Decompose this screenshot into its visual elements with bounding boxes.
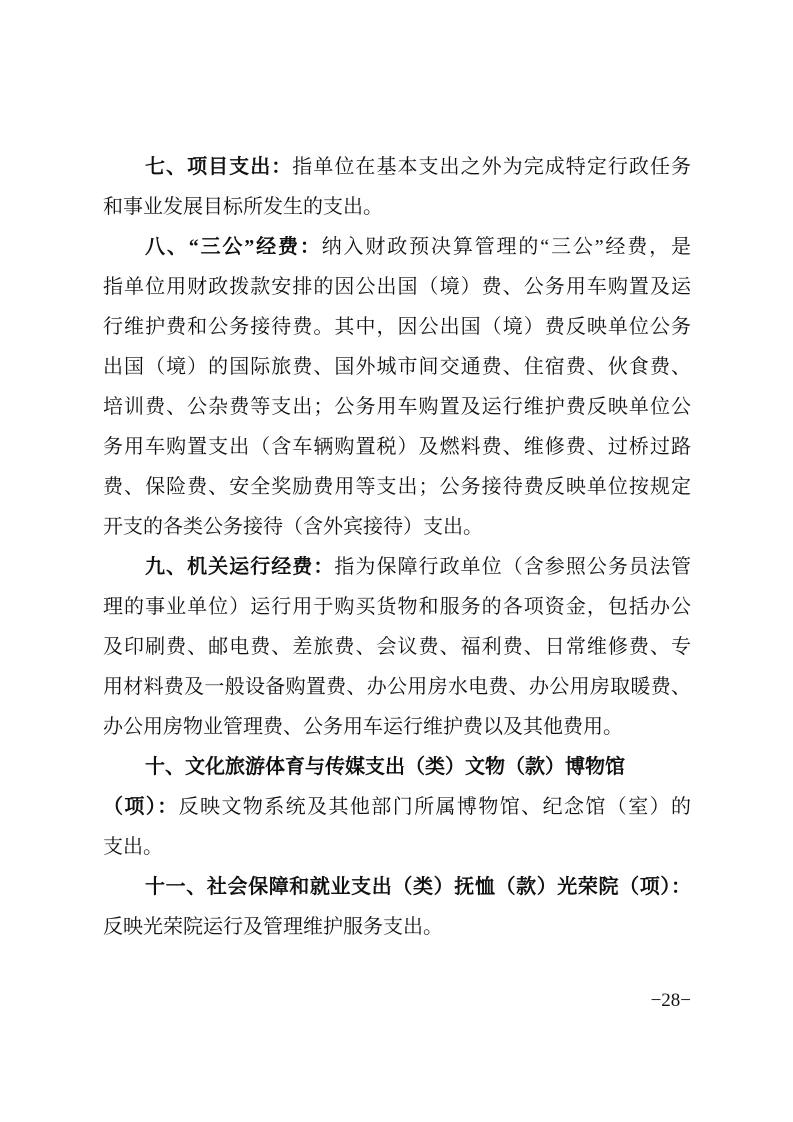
page-number: −28− — [103, 989, 691, 1013]
body-text: 纳入财政预决算管理的“三公”经费，是 — [322, 236, 691, 258]
text-line: 培训费、公杂费等支出；公务用车购置及运行维护费反映单位公 — [103, 387, 691, 427]
body-text: 出国（境）的国际旅费、国外城市间交通费、住宿费、伙食费、 — [103, 356, 691, 378]
body-text: 务用车购置支出（含车辆购置税）及燃料费、维修费、过桥过路 — [103, 436, 691, 458]
body-text: 支出。 — [103, 836, 163, 858]
body-text: 指单位用财政拨款安排的因公出国（境）费、公务用车购置及运 — [103, 276, 691, 298]
text-block: 七、项目支出：指单位在基本支出之外为完成特定行政任务和事业发展目标所发生的支出。… — [103, 147, 691, 947]
text-line: 用材料费及一般设备购置费、办公用房水电费、办公用房取暖费、 — [103, 667, 691, 707]
para-7-project-expenditure: 七、项目支出：指单位在基本支出之外为完成特定行政任务和事业发展目标所发生的支出。 — [103, 147, 691, 227]
para-9-agency-operating-funds: 九、机关运行经费：指为保障行政单位（含参照公务员法管理的事业单位）运行用于购买货… — [103, 547, 691, 747]
body-text: 及印刷费、邮电费、差旅费、会议费、福利费、日常维修费、专 — [103, 636, 691, 658]
body-text: 和事业发展目标所发生的支出。 — [103, 196, 383, 218]
text-line: 出国（境）的国际旅费、国外城市间交通费、住宿费、伙食费、 — [103, 347, 691, 387]
text-line: 十一、社会保障和就业支出（类）抚恤（款）光荣院（项）： — [103, 867, 691, 907]
body-text: 行维护费和公务接待费。其中，因公出国（境）费反映单位公务 — [103, 316, 691, 338]
text-line: 和事业发展目标所发生的支出。 — [103, 187, 691, 227]
body-text: 开支的各类公务接待（含外宾接待）支出。 — [103, 516, 483, 538]
text-line: 费、保险费、安全奖励费用等支出；公务接待费反映单位按规定 — [103, 467, 691, 507]
body-text: 费、保险费、安全奖励费用等支出；公务接待费反映单位按规定 — [103, 476, 691, 498]
body-text: 指为保障行政单位（含参照公务员法管 — [334, 556, 691, 578]
term-label: 九、机关运行经费： — [145, 556, 334, 578]
body-text: 用材料费及一般设备购置费、办公用房水电费、办公用房取暖费、 — [103, 676, 691, 698]
text-line: 务用车购置支出（含车辆购置税）及燃料费、维修费、过桥过路 — [103, 427, 691, 467]
para-10-culture-tourism-museum: 十、文化旅游体育与传媒支出（类）文物（款）博物馆（项）：反映文物系统及其他部门所… — [103, 747, 691, 867]
text-line: 指单位用财政拨款安排的因公出国（境）费、公务用车购置及运 — [103, 267, 691, 307]
body-text: 培训费、公杂费等支出；公务用车购置及运行维护费反映单位公 — [103, 396, 691, 418]
text-line: （项）：反映文物系统及其他部门所属博物馆、纪念馆（室）的 — [103, 787, 691, 827]
para-8-three-public-funds: 八、“三公”经费：纳入财政预决算管理的“三公”经费，是指单位用财政拨款安排的因公… — [103, 227, 691, 547]
para-11-social-security-glory-home: 十一、社会保障和就业支出（类）抚恤（款）光荣院（项）：反映光荣院运行及管理维护服… — [103, 867, 691, 947]
term-label: （项）： — [103, 796, 179, 818]
text-line: 八、“三公”经费：纳入财政预决算管理的“三公”经费，是 — [103, 227, 691, 267]
text-line: 及印刷费、邮电费、差旅费、会议费、福利费、日常维修费、专 — [103, 627, 691, 667]
body-text: 指单位在基本支出之外为完成特定行政任务 — [292, 156, 691, 178]
body-text: 办公用房物业管理费、公务用车运行维护费以及其他费用。 — [103, 716, 623, 738]
document-page: 七、项目支出：指单位在基本支出之外为完成特定行政任务和事业发展目标所发生的支出。… — [0, 0, 793, 1122]
text-line: 理的事业单位）运行用于购买货物和服务的各项资金，包括办公 — [103, 587, 691, 627]
term-label: 八、“三公”经费： — [145, 236, 322, 258]
term-label: 七、项目支出： — [145, 156, 292, 178]
text-line: 反映光荣院运行及管理维护服务支出。 — [103, 907, 691, 947]
text-line: 七、项目支出：指单位在基本支出之外为完成特定行政任务 — [103, 147, 691, 187]
text-line: 行维护费和公务接待费。其中，因公出国（境）费反映单位公务 — [103, 307, 691, 347]
term-label: 十一、社会保障和就业支出（类）抚恤（款）光荣院（项）： — [145, 876, 691, 898]
term-label: 十、文化旅游体育与传媒支出（类）文物（款）博物馆 — [145, 756, 625, 778]
text-line: 支出。 — [103, 827, 691, 867]
text-line: 办公用房物业管理费、公务用车运行维护费以及其他费用。 — [103, 707, 691, 747]
body-text: 反映文物系统及其他部门所属博物馆、纪念馆（室）的 — [179, 796, 691, 818]
text-line: 九、机关运行经费：指为保障行政单位（含参照公务员法管 — [103, 547, 691, 587]
body-text: 反映光荣院运行及管理维护服务支出。 — [103, 916, 443, 938]
body-text: 理的事业单位）运行用于购买货物和服务的各项资金，包括办公 — [103, 596, 691, 618]
text-line: 十、文化旅游体育与传媒支出（类）文物（款）博物馆 — [103, 747, 691, 787]
text-line: 开支的各类公务接待（含外宾接待）支出。 — [103, 507, 691, 547]
